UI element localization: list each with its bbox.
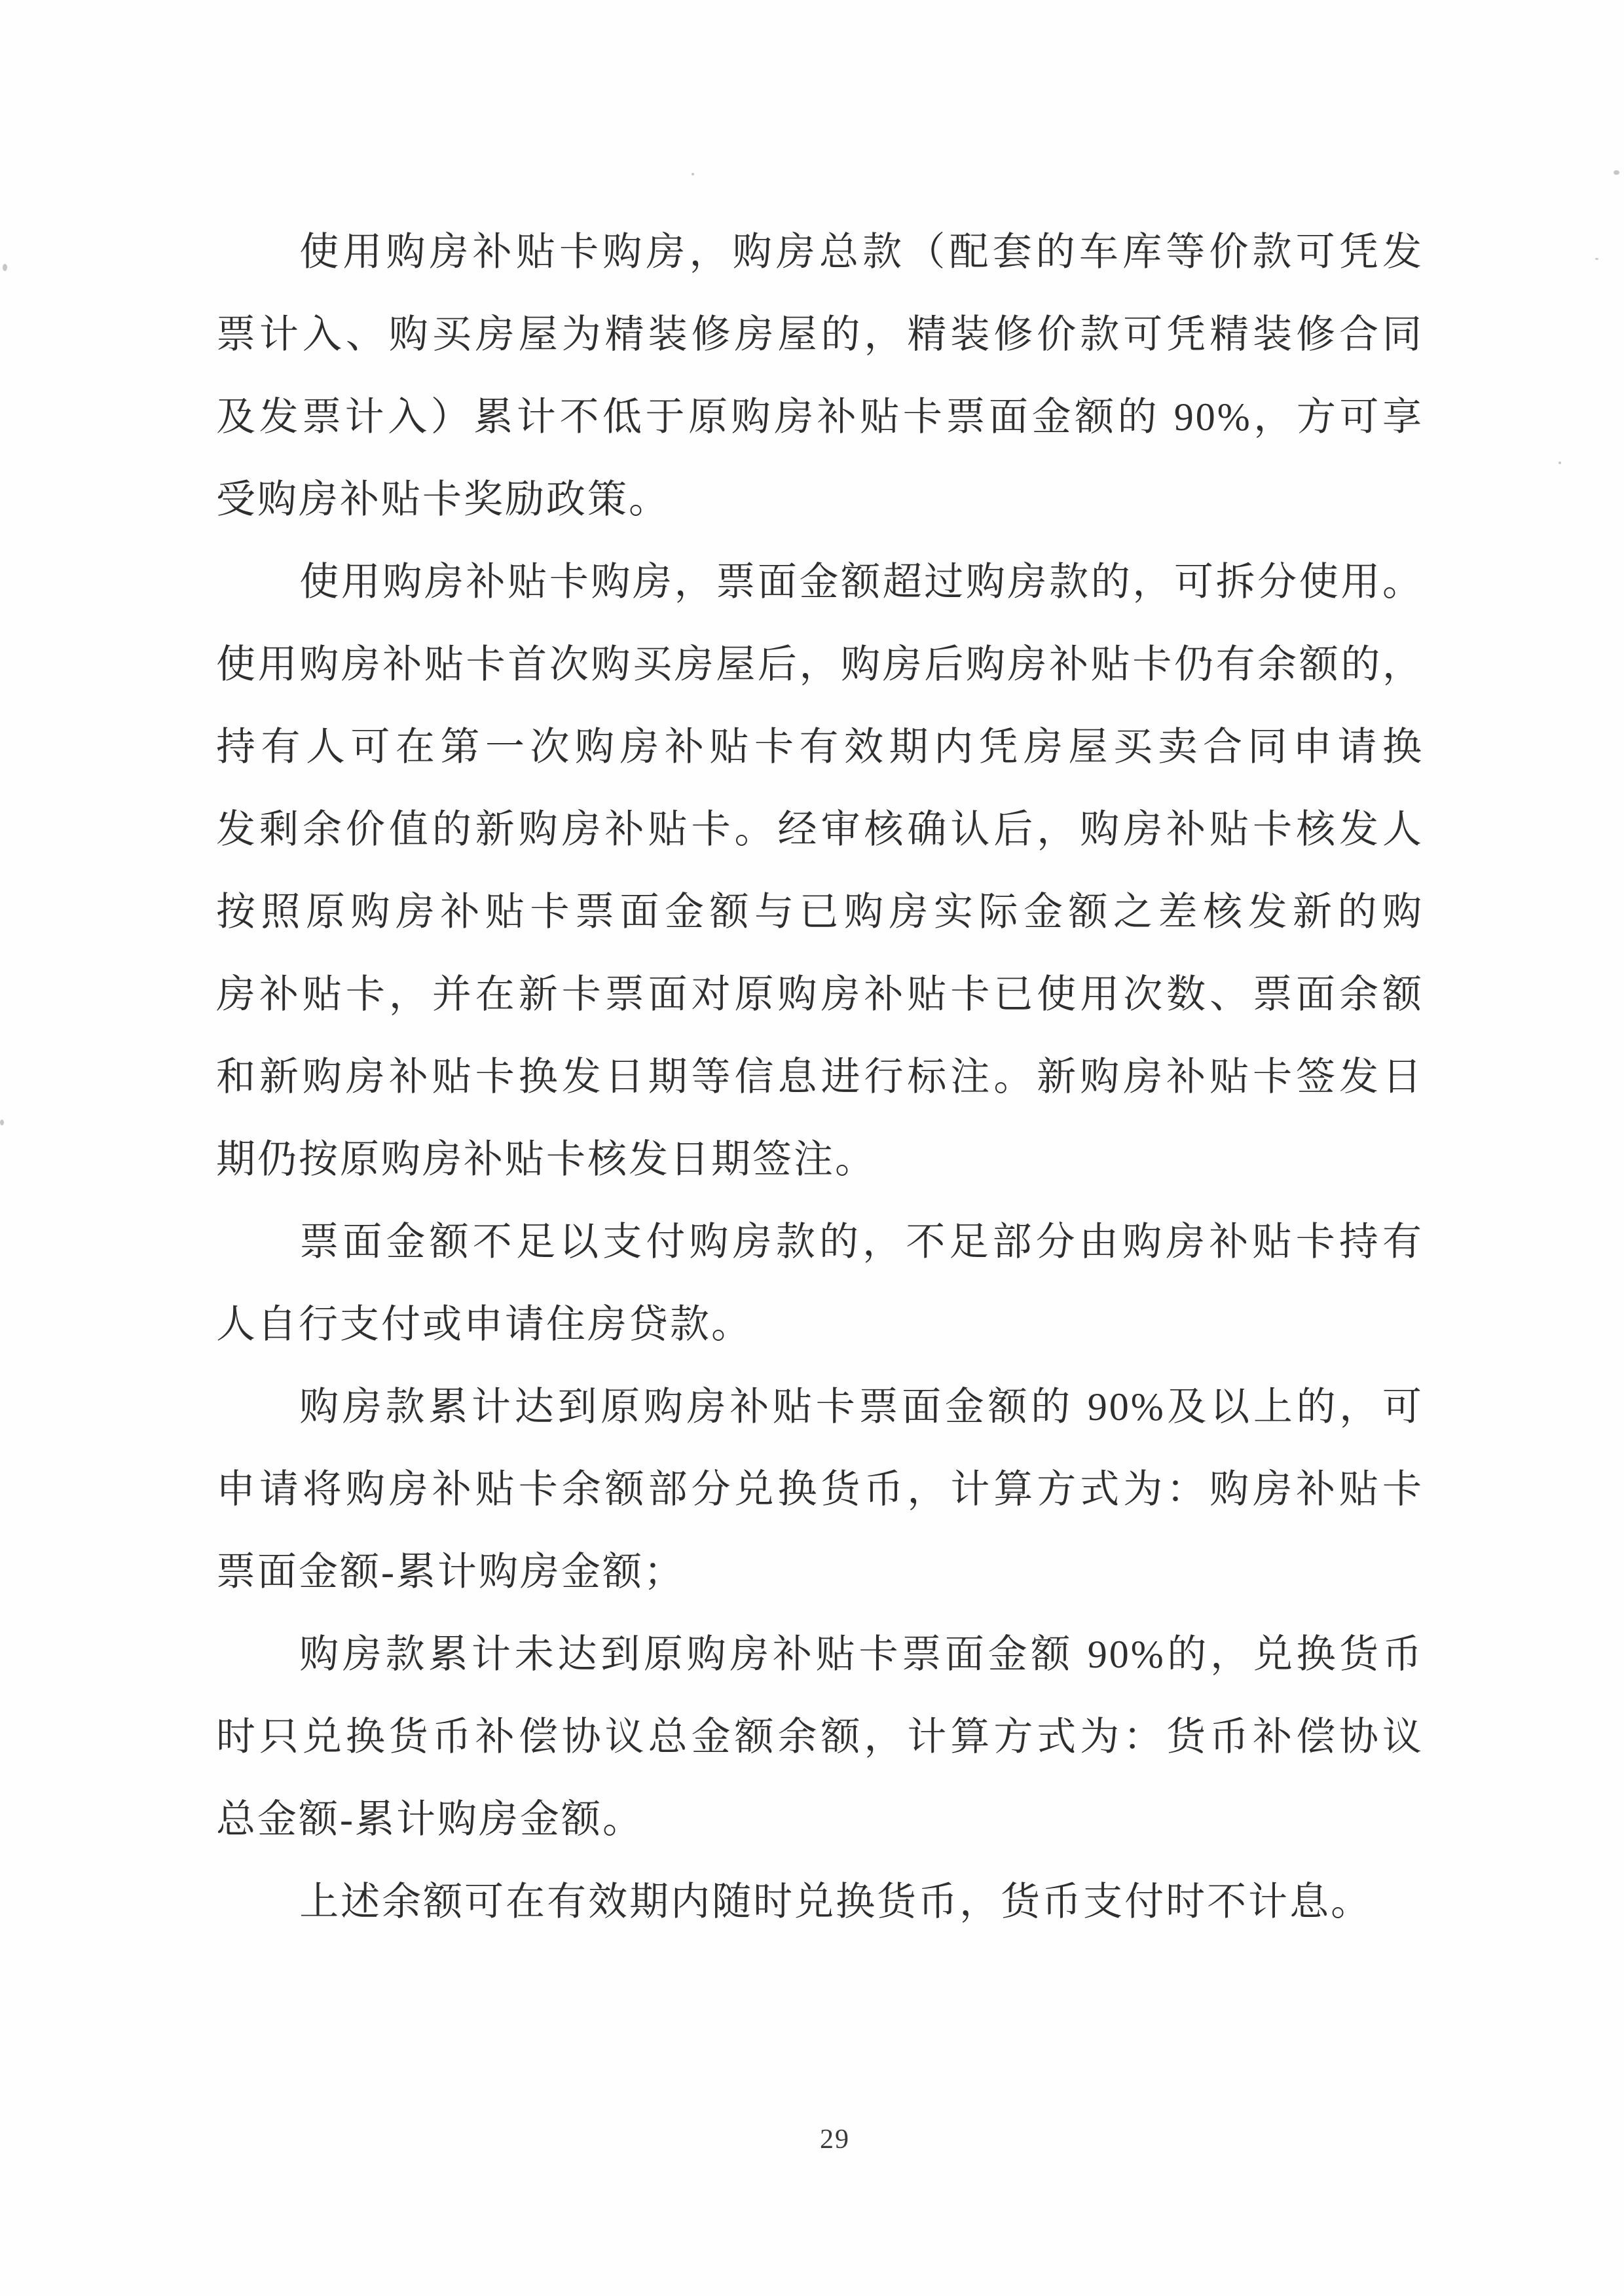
document-page: 使用购房补贴卡购房，购房总款（配套的车库等价款可凭发票计入、购买房屋为精装修房屋… bbox=[0, 0, 1624, 2296]
text-line: 持有人可在第一次购房补贴卡有效期内凭房屋买卖合同申请换 bbox=[216, 706, 1424, 788]
text-line: 申请将购房补贴卡余额部分兑换货币，计算方式为：购房补贴卡 bbox=[216, 1448, 1424, 1531]
text-line: 房补贴卡，并在新卡票面对原购房补贴卡已使用次数、票面余额 bbox=[216, 953, 1424, 1036]
page-number: 29 bbox=[820, 2124, 850, 2155]
text-line: 时只兑换货币补偿协议总金额余额，计算方式为：货币补偿协议 bbox=[216, 1696, 1424, 1778]
text-line: 受购房补贴卡奖励政策。 bbox=[216, 458, 1424, 541]
text-line: 使用购房补贴卡首次购买房屋后，购房后购房补贴卡仍有余额的， bbox=[216, 623, 1424, 706]
scan-speckle bbox=[692, 173, 694, 175]
text-line: 和新购房补贴卡换发日期等信息进行标注。新购房补贴卡签发日 bbox=[216, 1036, 1424, 1118]
text-line: 总金额-累计购房金额。 bbox=[216, 1778, 1424, 1861]
text-line: 票计入、购买房屋为精装修房屋的，精装修价款可凭精装修合同 bbox=[216, 293, 1424, 376]
text-line: 使用购房补贴卡购房，购房总款（配套的车库等价款可凭发 bbox=[216, 211, 1424, 293]
scan-speckle bbox=[3, 264, 7, 271]
text-line: 票面金额不足以支付购房款的，不足部分由购房补贴卡持有 bbox=[216, 1201, 1424, 1283]
text-line: 上述余额可在有效期内随时兑换货币，货币支付时不计息。 bbox=[216, 1861, 1424, 1943]
text-line: 购房款累计未达到原购房补贴卡票面金额 90%的，兑换货币 bbox=[216, 1613, 1424, 1696]
scan-speckle bbox=[1614, 170, 1619, 175]
scan-speckle bbox=[0, 1120, 4, 1125]
text-line: 发剩余价值的新购房补贴卡。经审核确认后，购房补贴卡核发人 bbox=[216, 788, 1424, 871]
text-line: 期仍按原购房补贴卡核发日期签注。 bbox=[216, 1118, 1424, 1201]
text-line: 购房款累计达到原购房补贴卡票面金额的 90%及以上的，可 bbox=[216, 1366, 1424, 1448]
scan-speckle bbox=[1595, 258, 1598, 260]
text-line: 票面金额-累计购房金额； bbox=[216, 1531, 1424, 1613]
scan-speckle bbox=[1559, 462, 1561, 464]
text-line: 及发票计入）累计不低于原购房补贴卡票面金额的 90%，方可享 bbox=[216, 376, 1424, 458]
text-line: 使用购房补贴卡购房，票面金额超过购房款的，可拆分使用。 bbox=[216, 541, 1424, 623]
text-line: 按照原购房补贴卡票面金额与已购房实际金额之差核发新的购 bbox=[216, 871, 1424, 953]
document-text: 使用购房补贴卡购房，购房总款（配套的车库等价款可凭发票计入、购买房屋为精装修房屋… bbox=[216, 211, 1424, 1943]
text-line: 人自行支付或申请住房贷款。 bbox=[216, 1283, 1424, 1366]
